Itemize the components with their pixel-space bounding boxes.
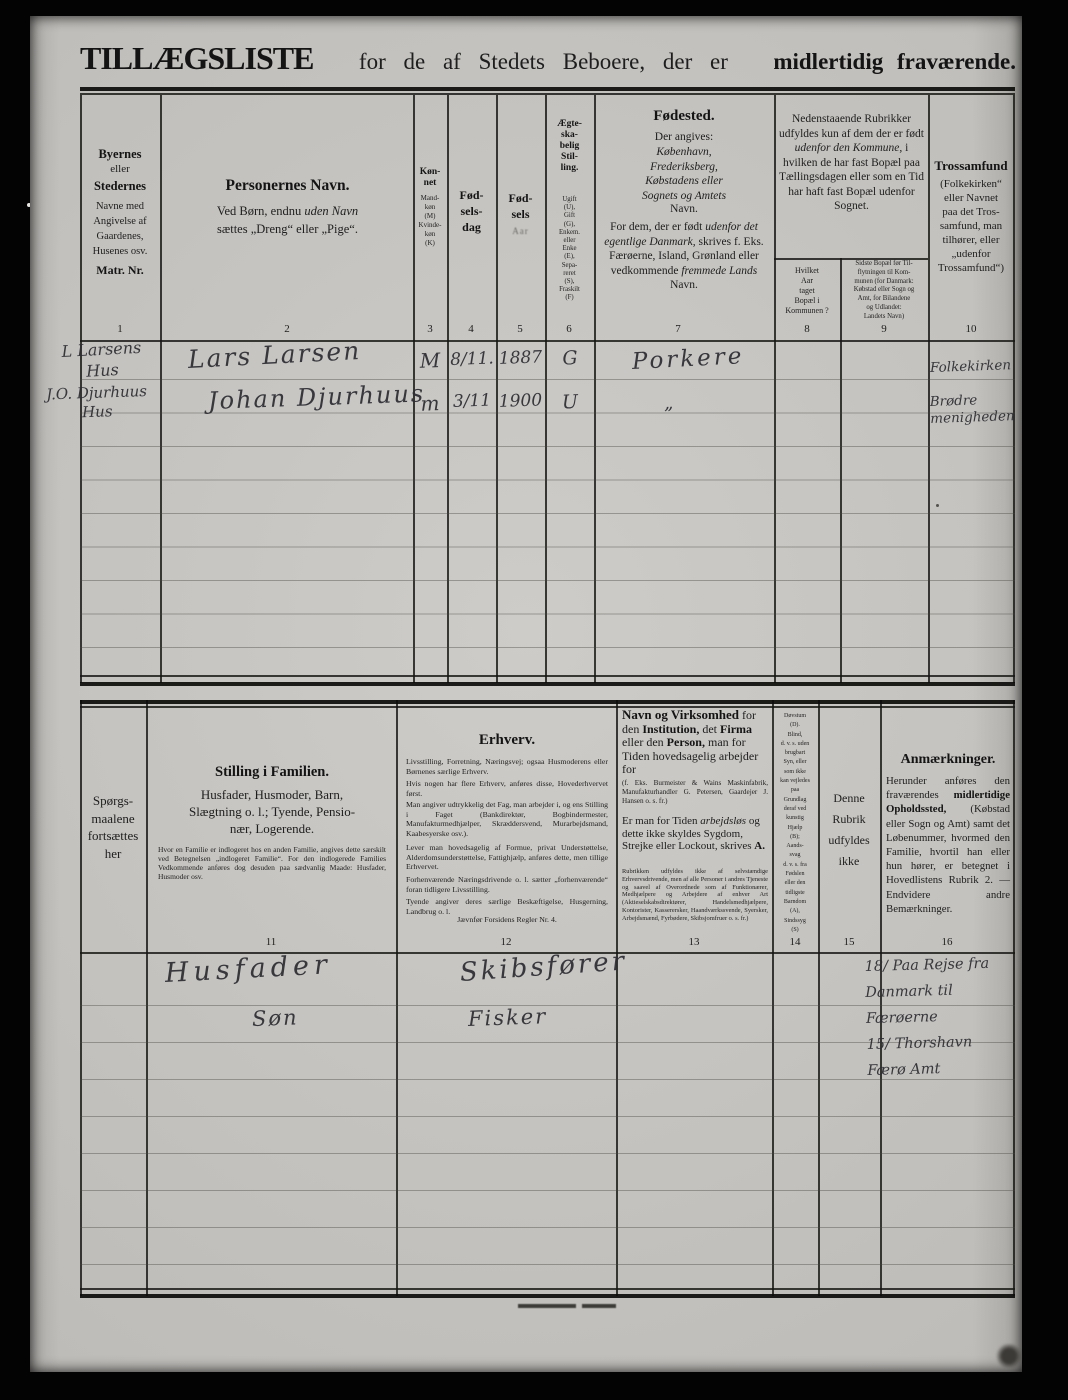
- t1-col1-header: eller: [82, 163, 158, 175]
- t2-col12-p1: Livsstilling, Forretning, Næringsvej; og…: [406, 757, 608, 776]
- t2-border: [80, 1288, 1015, 1290]
- t1-col2-sub-a: Ved Børn, endnu: [217, 204, 305, 218]
- form-content: TILLÆGSLISTEfor de af Stedets Beboere, d…: [0, 0, 1068, 1400]
- t1-colnum-9: 9: [864, 323, 904, 335]
- t1-col5-header: Fød- sels: [496, 190, 545, 222]
- t2-border: [80, 706, 1015, 708]
- t2-col12-p7: Jævnfør Forsidens Regler Nr. 4.: [406, 915, 608, 924]
- t1-colnum-6: 6: [549, 323, 589, 335]
- t2-col12-header: Erhverv.: [400, 732, 614, 749]
- page-title-tail: midlertidig fraværende.: [773, 49, 1016, 75]
- t2-col12-p2: Hvis nogen har flere Erhverv, anføres di…: [406, 779, 608, 798]
- entry-remarks: 18/ Paa Rejse fra Danmark til Færøerne 1…: [864, 950, 1027, 1084]
- t2-col12-p4: Lever man hovedsagelig af Formue, privat…: [406, 843, 608, 872]
- entry-denomination-1: Folkekirken: [930, 357, 1017, 376]
- entry-birthday-1: 8/11.: [449, 348, 496, 370]
- t1-col1-header: Byernes: [82, 147, 158, 162]
- t2-col16-header: Anmærkninger.: [886, 752, 1010, 768]
- t1-col7-header: Fødested.: [598, 108, 770, 125]
- t2-border: [80, 700, 1015, 704]
- t1-col1-header: Navne med Angivelse af Gaardenes, Husene…: [82, 199, 158, 259]
- t1-col10-body: (Folkekirken“ eller Navnet paa det Tros-…: [930, 177, 1012, 275]
- t1-col7-p2-e: Navn.: [670, 279, 698, 291]
- t2-col13-fine2: Rubrikken udfyldes ikke af selvstændige …: [622, 868, 768, 923]
- t1-colnum-4: 4: [451, 323, 491, 335]
- t2-col15-note: Denne Rubrik udfyldes ikke: [820, 788, 878, 872]
- t1-col2-sub-b: uden Navn: [304, 204, 358, 218]
- t1-col2-header: Personernes Navn.: [166, 177, 409, 195]
- t2-col13-mid-a: Er man for Tiden: [622, 815, 700, 827]
- t2-border: [80, 1294, 1015, 1298]
- t2-colnum-11: 11: [251, 936, 291, 948]
- t1-col7-p1: København, Frederiksberg, Købstadens ell…: [598, 145, 770, 203]
- entry-occupation-2: Fisker: [468, 1004, 548, 1032]
- t1-col7-p2-d: fremmede Lands: [681, 265, 757, 277]
- entry-birthplace-ditto-2: „: [664, 393, 674, 415]
- t1-col6-codes: Ugift (U), Gift (G), Enkem. eller Enke (…: [545, 196, 594, 303]
- printer-imprint: [582, 1304, 616, 1308]
- t1-col5-sub: Aar: [496, 226, 545, 236]
- entry-marital-2: U: [547, 390, 594, 414]
- t1-colnum-2: 2: [267, 323, 307, 335]
- t2-col11-sub: Husfader, Husmoder, Barn, Slægtning o. l…: [150, 786, 394, 837]
- t2-col13-mid-i: arbejdsløs: [700, 815, 746, 827]
- entry-birthday-2: 3/11: [449, 390, 496, 412]
- t2-col13-mid-b: A.: [754, 840, 765, 852]
- entry-family-position-2: Søn: [252, 1005, 299, 1032]
- title-rule: [80, 87, 1015, 91]
- t1-border: [80, 340, 1015, 342]
- microfilm-scan: TILLÆGSLISTEfor de af Stedets Beboere, d…: [0, 0, 1068, 1400]
- entry-sex-2: m: [413, 391, 448, 416]
- page-title-main: TILLÆGSLISTE: [80, 40, 313, 77]
- t2-col12-p6: Tyende angiver deres særlige Beskæftigel…: [406, 897, 608, 916]
- t1-col7-p2-a: For dem, der er født: [610, 221, 705, 233]
- paper-smudge: [996, 1344, 1022, 1368]
- page-title: TILLÆGSLISTEfor de af Stedets Beboere, d…: [80, 40, 1016, 84]
- t1-col6-header: Ægte- ska- belig Stil- ling.: [545, 119, 594, 174]
- t1-col2-subtitle2: sættes „Dreng“ eller „Pige“.: [166, 222, 409, 237]
- t2-col16-body: Herunder anføres den fraværendes midlert…: [886, 774, 1010, 916]
- t2-col13-a3: eller den: [622, 735, 667, 749]
- t2-col13-b3: Firma: [720, 722, 752, 736]
- entry-sex-1: M: [413, 348, 448, 373]
- t2-col13-b2: Institution,: [642, 722, 699, 736]
- t1-colnum-7: 7: [658, 323, 698, 335]
- t2-col11-header: Stilling i Familien.: [150, 764, 394, 781]
- entry-birthyear-1: 1887: [497, 347, 545, 369]
- t1-colnum-1: 1: [100, 323, 140, 335]
- t2-col14-header: Døvstum (D). Blind, d. v. s. uden brugba…: [773, 712, 817, 935]
- entry-name-1: Lars Larsen: [187, 336, 362, 375]
- t1-col8-header: Hvilket Aar taget Bopæl i Kommunen ?: [776, 266, 838, 316]
- t1-colnum-5: 5: [500, 323, 540, 335]
- t2-side-label: Spørgs- maalene fortsættes her: [82, 792, 144, 862]
- t2-col13-fine1: (f. Eks. Burmeister & Wains Maskinfabrik…: [622, 779, 768, 805]
- t2-col12-p5: Forhenværende Næringsdrivende o. l. sætt…: [406, 875, 608, 894]
- t1-colnum-8: 8: [787, 323, 827, 335]
- t1-col1-header: Stedernes: [82, 179, 158, 194]
- entry-address-2: J.O. Djurhuus Hus: [31, 381, 162, 424]
- t2-col12-p3: Man angiver udtrykkelig det Fag, man arb…: [406, 800, 608, 838]
- entry-denomination-2: Brødre menigheden: [929, 391, 1020, 428]
- t1-col3-header: Køn- net: [413, 167, 447, 189]
- t2-colnum-15: 15: [829, 936, 869, 948]
- entry-birthplace-1: Porkere: [631, 343, 745, 376]
- t2-col13-header: Navn og Virksomhed for den Institution, …: [622, 708, 768, 777]
- t2-col16-c: (Købstad eller Sogn og Amt) samt det Løb…: [886, 803, 1010, 914]
- entry-family-position-1: Husfader: [164, 949, 333, 990]
- t1-border: [80, 682, 1015, 686]
- t1-col8-9-a: Nedenstaaende Rubrikker udfyldes kun af …: [779, 113, 924, 140]
- t2-col13-a2: det: [699, 722, 720, 736]
- entry-birthyear-2: 1900: [497, 390, 545, 412]
- t1-colnum-10: 10: [951, 323, 991, 335]
- page-title-mid: for de af Stedets Beboere, der er: [359, 49, 728, 75]
- t2-col13-b4: Person,: [667, 735, 705, 749]
- entry-address-1: L Larsens Hus: [41, 336, 163, 384]
- t1-col4-header: Fød- sels- dag: [447, 187, 496, 235]
- t1-col7-p1-lead: Der angives:: [598, 131, 770, 143]
- t2-colnum-13: 13: [674, 936, 714, 948]
- printer-imprint: [518, 1304, 576, 1308]
- t1-col8-9-header: Nedenstaaende Rubrikker udfyldes kun af …: [778, 112, 925, 214]
- paper-blemish: [936, 504, 939, 507]
- t2-colnum-14: 14: [775, 936, 815, 948]
- entry-marital-1: G: [547, 346, 594, 370]
- t1-colnum-3: 3: [410, 323, 450, 335]
- t1-border: [80, 675, 1015, 677]
- t1-ruled-lines: [80, 379, 1015, 649]
- t1-col7-p1-end: Navn.: [598, 203, 770, 215]
- t1-col9-header: Sidste Bopæl før Til- flytningen til Kom…: [842, 260, 926, 322]
- t1-col1-header: Matr. Nr.: [82, 263, 158, 278]
- t2-colnum-12: 12: [486, 936, 526, 948]
- t1-col3-codes: Mand- køn (M) Kvinde- køn (K): [413, 194, 447, 248]
- t1-col8-9-b: udenfor den Kommune,: [795, 142, 903, 154]
- t1-col10-header: Trossamfund: [930, 158, 1012, 174]
- t2-colnum-16: 16: [927, 936, 967, 948]
- t2-col13-mid: Er man for Tiden arbejdsløs og dette ikk…: [622, 815, 768, 853]
- t2-col13-b1: Navn og Virksomhed: [622, 707, 739, 722]
- title-rule: [80, 93, 1015, 95]
- t1-col2-subtitle: Ved Børn, endnu uden Navn: [166, 204, 409, 219]
- t1-col7-p2: For dem, der er født udenfor det egentli…: [598, 220, 770, 293]
- t2-col11-fine: Hvor en Familie er indlogeret hos en and…: [158, 845, 386, 881]
